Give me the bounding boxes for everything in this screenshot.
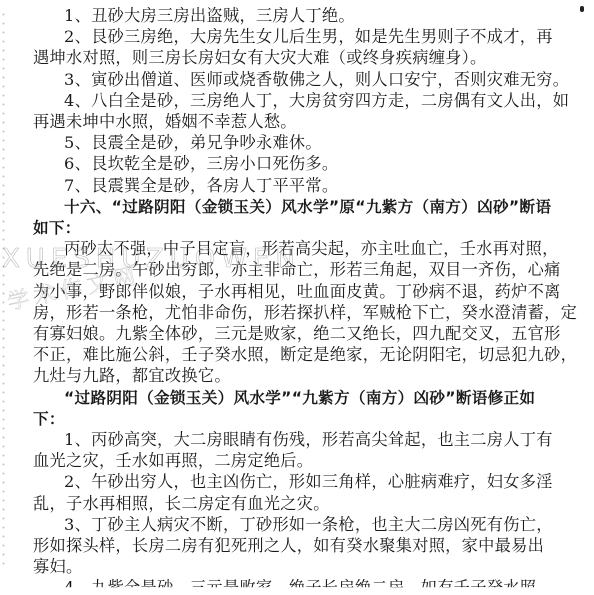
scanned-book-page: 1、丑砂大房三房出盗贼，三房人丁绝。 2、艮砂三房绝，大房先生女儿后生男，如是先… xyxy=(0,0,594,595)
scan-speck xyxy=(580,6,584,12)
revision-item-4-partial: 4、九紫全是砂，三元是败家，绝子长房绝二房，如有壬子癸水照，则 xyxy=(64,576,554,595)
scan-margin-artifact xyxy=(2,10,5,570)
revision-item-3-end: 寡妇。 xyxy=(33,555,523,579)
